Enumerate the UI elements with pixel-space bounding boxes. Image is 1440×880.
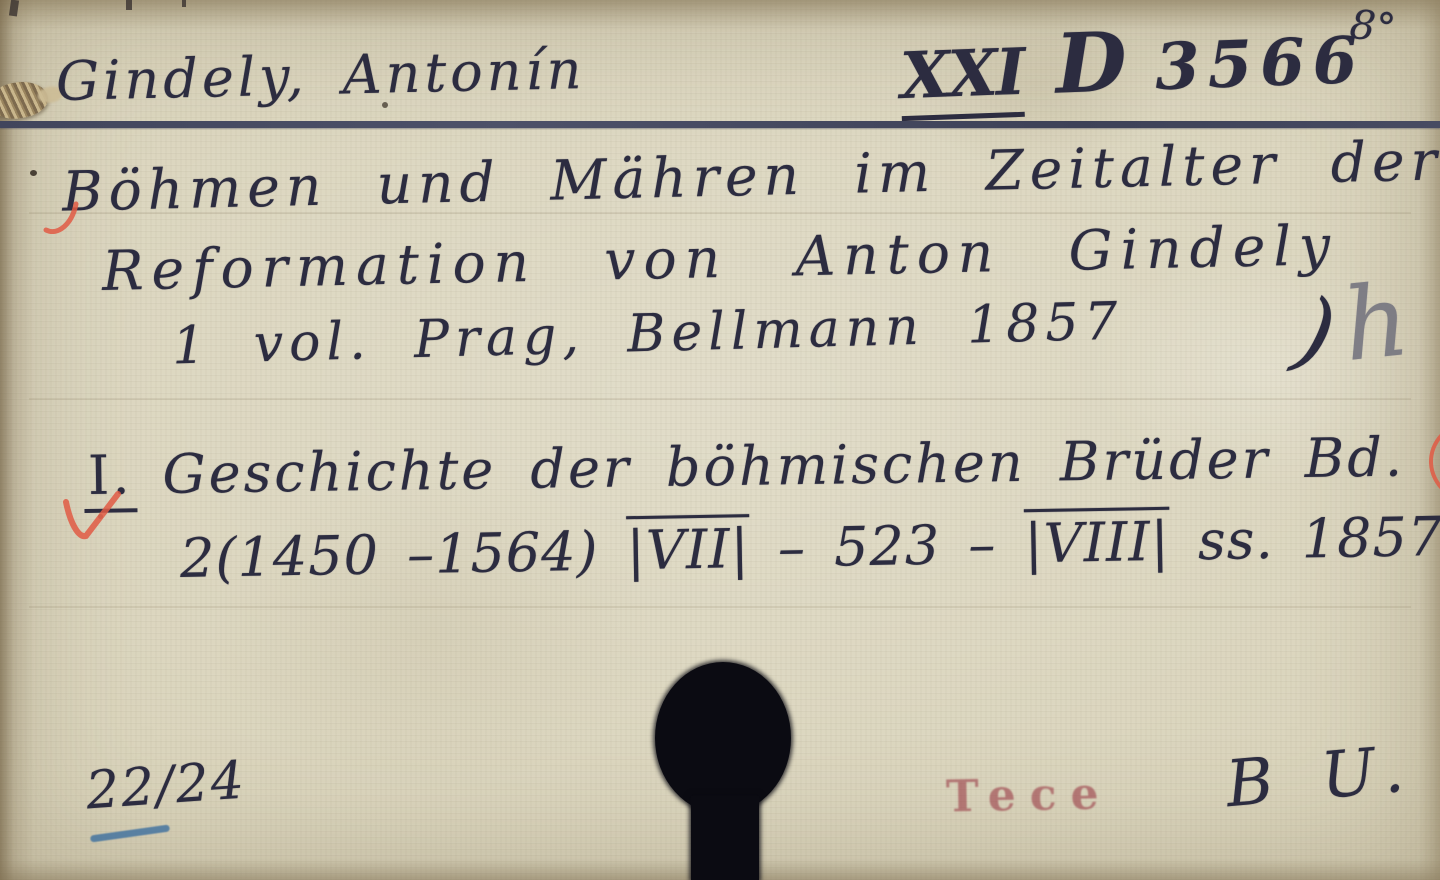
guide-line <box>29 398 1411 400</box>
shelfmark-letter: D <box>1054 14 1128 112</box>
stitch-mark <box>182 0 186 7</box>
collation-year: 1857 <box>1301 505 1440 570</box>
library-stamp: Tece <box>946 769 1113 823</box>
collation-pages: – 523 – <box>777 513 996 580</box>
entry-line: I.Geschichte der böhmischen Brüder Bd.1. <box>83 420 1440 523</box>
accession-fraction: 22/24 <box>84 750 248 821</box>
header-rule <box>0 121 1440 128</box>
collation-front-pagination: |VII| <box>626 517 750 582</box>
punch-hole-slot <box>691 796 759 880</box>
binding-thread <box>0 77 51 122</box>
red-circled-volume: 1. <box>1423 414 1440 510</box>
catalog-card: Gindely, Antonín XXI D 3566 8° Böhmen un… <box>0 0 1440 880</box>
shelfmark: XXI D 3566 <box>898 6 1366 118</box>
collation-back-pagination: |VIII| <box>1024 510 1170 576</box>
red-check-mark <box>62 486 124 546</box>
pencil-annotation: h <box>1338 261 1414 384</box>
ink-speck <box>30 170 37 176</box>
collation-span: 2(1450 –1564) <box>180 520 600 590</box>
format-mark: 8° <box>1348 2 1398 52</box>
entry-title: Geschichte der böhmischen Brüder Bd. <box>162 426 1405 506</box>
imprint-line: 1 vol. Prag, Bellmann 1857 <box>171 292 1124 377</box>
red-check-mark <box>42 200 82 242</box>
collation-suffix: ss. <box>1197 508 1274 572</box>
ink-paren-mark: ) <box>1286 277 1345 387</box>
shelfmark-class-numeral: XXI <box>899 35 1025 121</box>
title-line-2: Reformation von Anton Gindely <box>101 213 1338 303</box>
author-heading: Gindely, Antonín <box>55 38 586 113</box>
shelfmark-number: 3566 <box>1154 23 1367 105</box>
librarian-initials: B U. <box>1223 732 1421 822</box>
stitch-mark <box>126 0 132 10</box>
blue-underline-mark <box>90 824 170 842</box>
title-line-1: Böhmen und Mähren im Zeitalter der <box>61 128 1440 223</box>
punch-hole-circle <box>655 662 791 814</box>
guide-line <box>29 606 1411 608</box>
card-left-edge <box>0 0 34 880</box>
